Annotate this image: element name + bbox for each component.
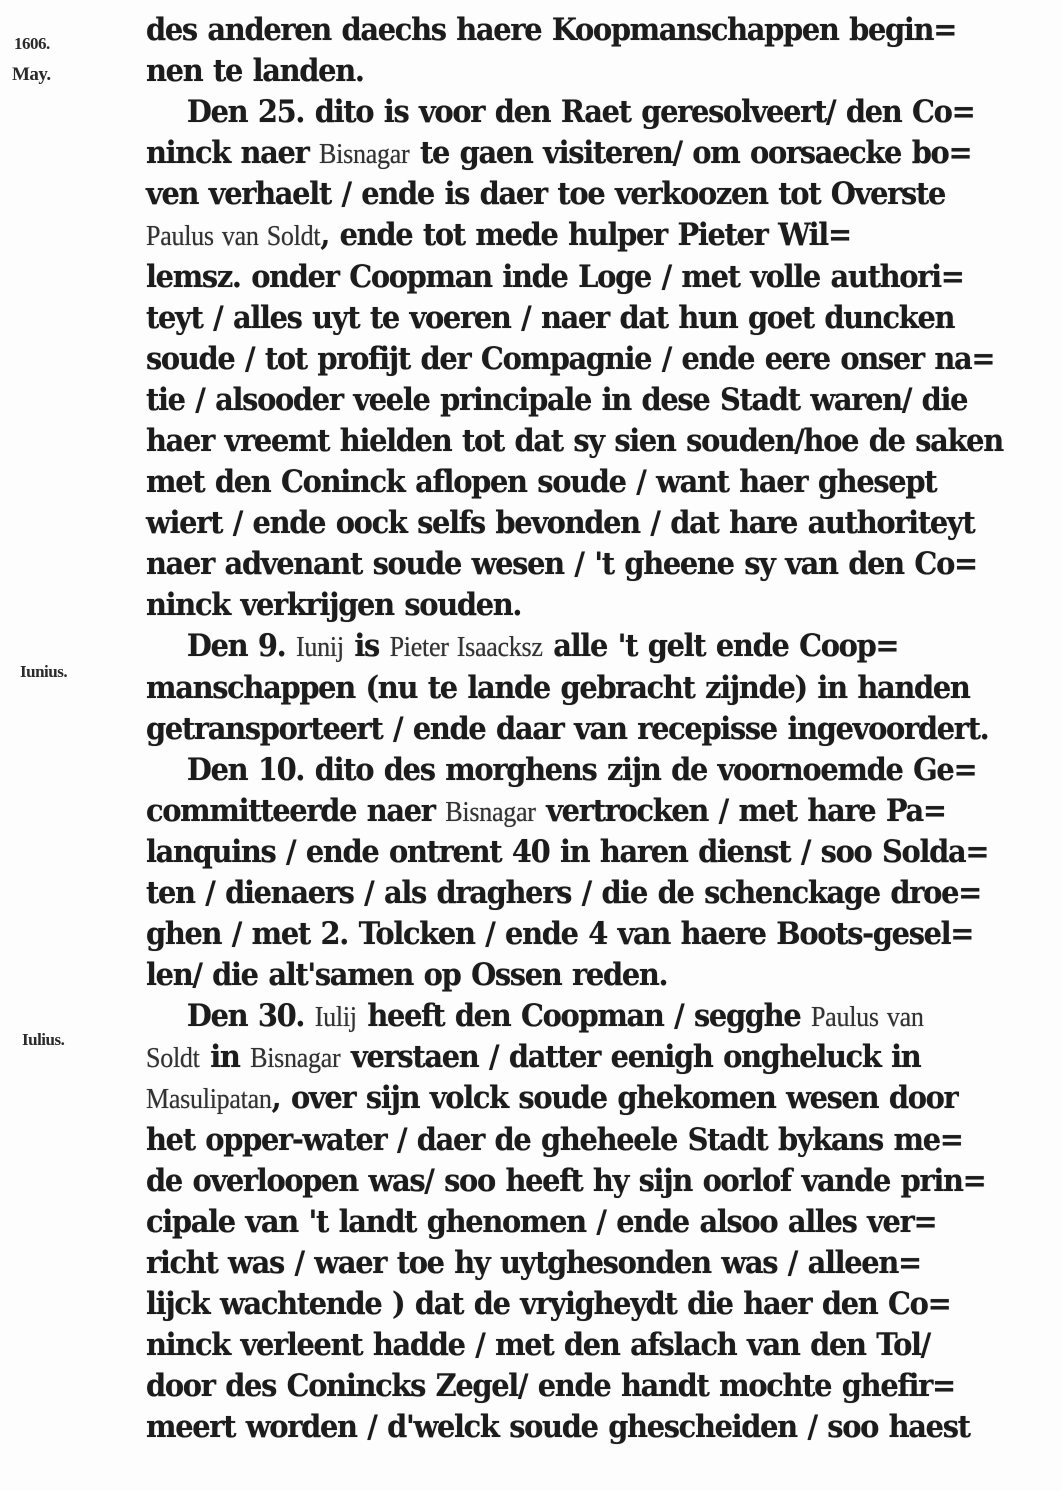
roman-text-span: Paulus van Soldt <box>146 221 320 252</box>
blackletter-text-span: het opper-water / daer de gheheele Stadt… <box>146 1122 963 1158</box>
text-line: ghen / met 2. Tolcken / ende 4 van haere… <box>146 914 983 955</box>
blackletter-text-span: vertrocken / met hare Pa= <box>536 793 946 829</box>
book-page: 1606. May. Iunius. Iulius. des anderen d… <box>0 0 1062 1491</box>
blackletter-text-span: ninck verleent hadde / met den afslach v… <box>146 1327 930 1363</box>
blackletter-text-span: nen te landen. <box>146 53 364 89</box>
blackletter-text-span: met den Coninck aflopen soude / want hae… <box>146 464 936 500</box>
blackletter-text-span: tie / alsooder veele principale in dese … <box>146 382 967 418</box>
text-line: ten / dienaers / als draghers / die de s… <box>146 873 983 914</box>
roman-text-span: Bisnagar <box>250 1043 340 1074</box>
text-line: Soldt in Bisnagar verstaen / datter eeni… <box>146 1037 983 1078</box>
text-line: lanquins / ende ontrent 40 in haren dien… <box>146 832 983 873</box>
blackletter-text-span: ven verhaelt / ende is daer toe verkooze… <box>146 176 945 212</box>
roman-text-span: Soldt <box>146 1043 200 1074</box>
margin-month-july: Iulius. <box>22 1030 64 1050</box>
roman-text-span: Iulij <box>315 1002 357 1033</box>
blackletter-text-span: in <box>200 1039 251 1075</box>
blackletter-text-span: naer advenant soude wesen / 't gheene sy… <box>146 546 977 582</box>
text-line: Masulipatan, over sijn volck soude gheko… <box>146 1078 983 1119</box>
text-line: met den Coninck aflopen soude / want hae… <box>146 462 983 503</box>
text-line: door des Conincks Zegel/ ende handt moch… <box>146 1366 983 1407</box>
text-line: Den 10. dito des morghens zijn de voorno… <box>146 750 983 791</box>
blackletter-text-span: Den 9. <box>187 628 296 664</box>
blackletter-text-span: Den 30. <box>187 998 315 1034</box>
text-line: Den 9. Iunij is Pieter Isaacksz alle 't … <box>146 626 983 667</box>
roman-text-span: Iunij <box>296 632 344 663</box>
text-line: meert worden / d'welck soude ghescheiden… <box>146 1407 983 1448</box>
blackletter-text-span: getransporteert / ende daar van recepiss… <box>146 711 988 747</box>
margin-month-may: May. <box>12 64 51 86</box>
blackletter-text-span: verstaen / datter eenigh ongheluck in <box>340 1039 920 1075</box>
blackletter-text-span: is <box>344 628 390 664</box>
blackletter-text-span: alle 't gelt ende Coop= <box>543 628 899 664</box>
blackletter-text-span: lemsz. onder Coopman inde Loge / met vol… <box>146 259 964 295</box>
blackletter-text-span: , ende tot mede hulper Pieter Wil= <box>320 217 850 253</box>
blackletter-text-span: te gaen visiteren/ om oorsaecke bo= <box>409 135 971 171</box>
text-line: committeerde naer Bisnagar vertrocken / … <box>146 791 983 832</box>
body-text: des anderen daechs haere Koopmanschappen… <box>146 10 1046 1448</box>
text-line: Den 25. dito is voor den Raet geresolvee… <box>146 92 983 133</box>
text-line: ninck naer Bisnagar te gaen visiteren/ o… <box>146 133 983 174</box>
blackletter-text-span: haer vreemt hielden tot dat sy sien soud… <box>146 423 1003 459</box>
text-line: Paulus van Soldt, ende tot mede hulper P… <box>146 215 983 256</box>
blackletter-text-span: Den 10. dito des morghens zijn de voorno… <box>187 752 976 788</box>
text-line: manschappen (nu te lande gebracht zijnde… <box>146 668 983 709</box>
margin-month-june: Iunius. <box>20 662 67 682</box>
blackletter-text-span: lijck wachtende ) dat de vryigheydt die … <box>146 1286 950 1322</box>
blackletter-text-span: len/ die alt'samen op Ossen reden. <box>146 957 667 993</box>
text-line: de overloopen was/ soo heeft hy sijn oor… <box>146 1161 983 1202</box>
blackletter-text-span: de overloopen was/ soo heeft hy sijn oor… <box>146 1163 985 1199</box>
text-line: naer advenant soude wesen / 't gheene sy… <box>146 544 983 585</box>
roman-text-span: Paulus van <box>811 1002 924 1033</box>
blackletter-text-span: committeerde naer <box>146 793 445 829</box>
blackletter-text-span: manschappen (nu te lande gebracht zijnde… <box>146 670 970 706</box>
margin-year: 1606. <box>14 34 50 54</box>
blackletter-text-span: , over sijn volck soude ghekomen wesen d… <box>272 1080 958 1116</box>
blackletter-text-span: Den 25. dito is voor den Raet geresolvee… <box>187 94 975 130</box>
blackletter-text-span: meert worden / d'welck soude ghescheiden… <box>146 1409 970 1445</box>
text-line: lemsz. onder Coopman inde Loge / met vol… <box>146 257 983 298</box>
text-line: getransporteert / ende daar van recepiss… <box>146 709 983 750</box>
text-line: len/ die alt'samen op Ossen reden. <box>146 955 983 996</box>
blackletter-text-span: ninck verkrijgen souden. <box>146 587 521 623</box>
text-line: des anderen daechs haere Koopmanschappen… <box>146 10 983 51</box>
text-line: ninck verkrijgen souden. <box>146 585 983 626</box>
roman-text-span: Masulipatan <box>146 1084 272 1115</box>
blackletter-text-span: wiert / ende oock selfs bevonden / dat h… <box>146 505 974 541</box>
text-line: soude / tot profijt der Compagnie / ende… <box>146 339 983 380</box>
blackletter-text-span: cipale van 't landt ghenomen / ende also… <box>146 1204 936 1240</box>
text-line: Den 30. Iulij heeft den Coopman / segghe… <box>146 996 983 1037</box>
text-line: wiert / ende oock selfs bevonden / dat h… <box>146 503 983 544</box>
blackletter-text-span: ghen / met 2. Tolcken / ende 4 van haere… <box>146 916 973 952</box>
text-line: ven verhaelt / ende is daer toe verkooze… <box>146 174 983 215</box>
text-line: richt was / waer toe hy uytghesonden was… <box>146 1243 983 1284</box>
blackletter-text-span: door des Conincks Zegel/ ende handt moch… <box>146 1368 955 1404</box>
roman-text-span: Bisnagar <box>445 797 535 828</box>
text-line: lijck wachtende ) dat de vryigheydt die … <box>146 1284 983 1325</box>
text-line: het opper-water / daer de gheheele Stadt… <box>146 1120 983 1161</box>
blackletter-text-span: richt was / waer toe hy uytghesonden was… <box>146 1245 921 1281</box>
text-line: ninck verleent hadde / met den afslach v… <box>146 1325 983 1366</box>
text-line: tie / alsooder veele principale in dese … <box>146 380 983 421</box>
roman-text-span: Bisnagar <box>319 139 409 170</box>
blackletter-text-span: ten / dienaers / als draghers / die de s… <box>146 875 981 911</box>
blackletter-text-span: ninck naer <box>146 135 319 171</box>
blackletter-text-span: des anderen daechs haere Koopmanschappen… <box>146 12 956 48</box>
blackletter-text-span: teyt / alles uyt te voeren / naer dat hu… <box>146 300 954 336</box>
blackletter-text-span: heeft den Coopman / segghe <box>357 998 811 1034</box>
roman-text-span: Pieter Isaacksz <box>390 632 543 663</box>
text-line: nen te landen. <box>146 51 983 92</box>
text-line: haer vreemt hielden tot dat sy sien soud… <box>146 421 983 462</box>
text-line: cipale van 't landt ghenomen / ende also… <box>146 1202 983 1243</box>
text-line: teyt / alles uyt te voeren / naer dat hu… <box>146 298 983 339</box>
blackletter-text-span: lanquins / ende ontrent 40 in haren dien… <box>146 834 988 870</box>
blackletter-text-span: soude / tot profijt der Compagnie / ende… <box>146 341 994 377</box>
